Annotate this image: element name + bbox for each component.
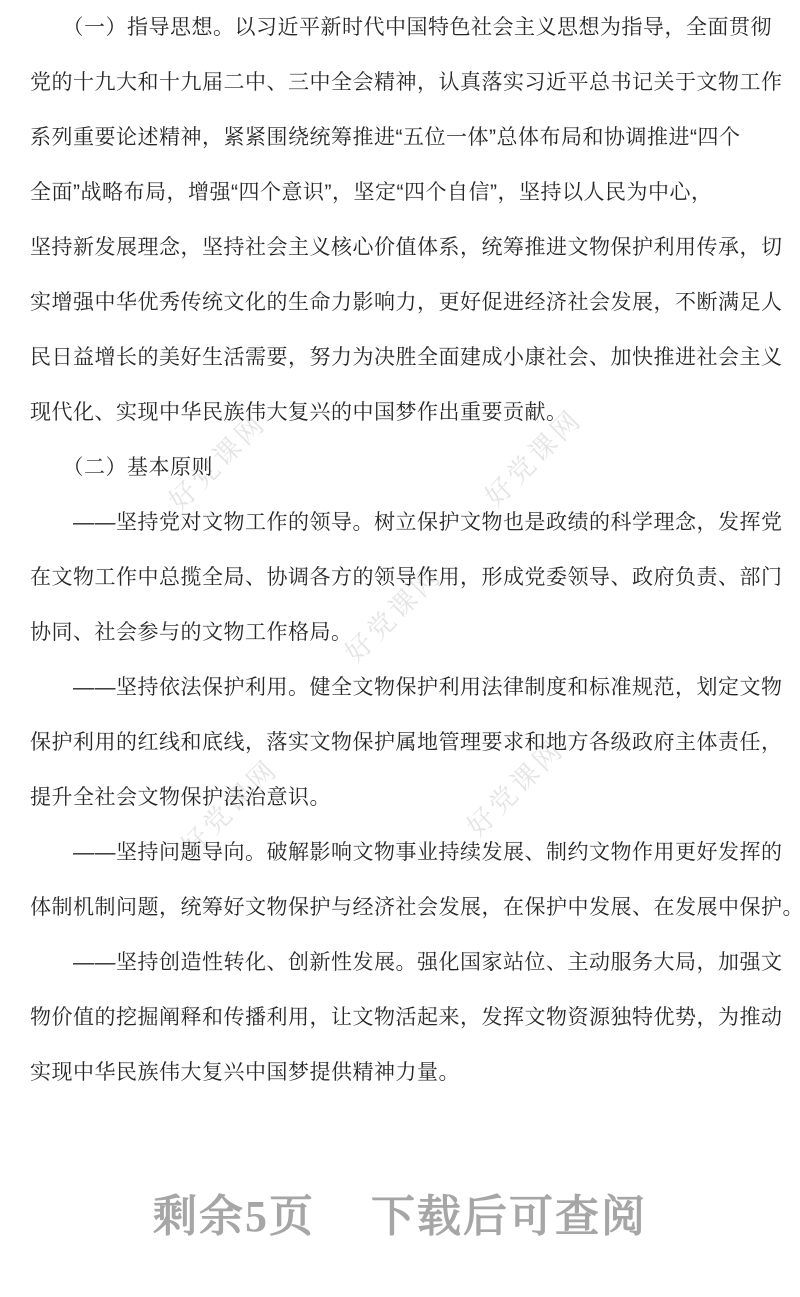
text-line: 提升全社会文物保护法治意识。	[30, 770, 770, 825]
document-page: 好党课网 好党课网 好党课网 好党课网 好党课网 （一）指导思想。以习近平新时代…	[0, 0, 800, 1297]
text-line: 党的十九大和十九届二中、三中全会精神，认真落实习近平总书记关于文物工作	[30, 55, 770, 110]
text-line: 保护利用的红线和底线，落实文物保护属地管理要求和地方各级政府主体责任，	[30, 715, 770, 770]
text-line: ——坚持创造性转化、创新性发展。强化国家站位、主动服务大局，加强文	[30, 935, 770, 990]
text-line: ——坚持问题导向。破解影响文物事业持续发展、制约文物作用更好发挥的	[30, 825, 770, 880]
text-line: 实现中华民族伟大复兴中国梦提供精神力量。	[30, 1045, 770, 1100]
text-line: 现代化、实现中华民族伟大复兴的中国梦作出重要贡献。	[30, 385, 770, 440]
text-line: 全面”战略布局，增强“四个意识”，坚定“四个自信”，坚持以人民为中心，	[30, 165, 770, 220]
text-line: 坚持新发展理念，坚持社会主义核心价值体系，统筹推进文物保护利用传承，切	[30, 220, 770, 275]
download-hint-label: 下载后可查阅	[371, 1192, 647, 1241]
text-line: 物价值的挖掘阐释和传播利用，让文物活起来，发挥文物资源独特优势，为推动	[30, 990, 770, 1045]
document-body: （一）指导思想。以习近平新时代中国特色社会主义思想为指导，全面贯彻党的十九大和十…	[30, 0, 770, 1100]
text-line: 实增强中华优秀传统文化的生命力影响力，更好促进经济社会发展，不断满足人	[30, 275, 770, 330]
text-line: ——坚持依法保护利用。健全文物保护利用法律制度和标准规范，划定文物	[30, 660, 770, 715]
text-line: （一）指导思想。以习近平新时代中国特色社会主义思想为指导，全面贯彻	[30, 0, 770, 55]
text-line: 在文物工作中总揽全局、协调各方的领导作用，形成党委领导、政府负责、部门	[30, 550, 770, 605]
text-line: （二）基本原则	[30, 440, 770, 495]
text-line: 系列重要论述精神，紧紧围绕统筹推进“五位一体”总体布局和协调推进“四个	[30, 110, 770, 165]
text-line: 协同、社会参与的文物工作格局。	[30, 605, 770, 660]
remaining-pages-label: 剩余5页	[153, 1192, 315, 1241]
text-line: 体制机制问题，统筹好文物保护与经济社会发展，在保护中发展、在发展中保护。	[30, 880, 770, 935]
text-line: 民日益增长的美好生活需要，努力为决胜全面建成小康社会、加快推进社会主义	[30, 330, 770, 385]
pages-remaining-note: 剩余5页下载后可查阅	[0, 1188, 800, 1246]
text-line: ——坚持党对文物工作的领导。树立保护文物也是政绩的科学理念，发挥党	[30, 495, 770, 550]
